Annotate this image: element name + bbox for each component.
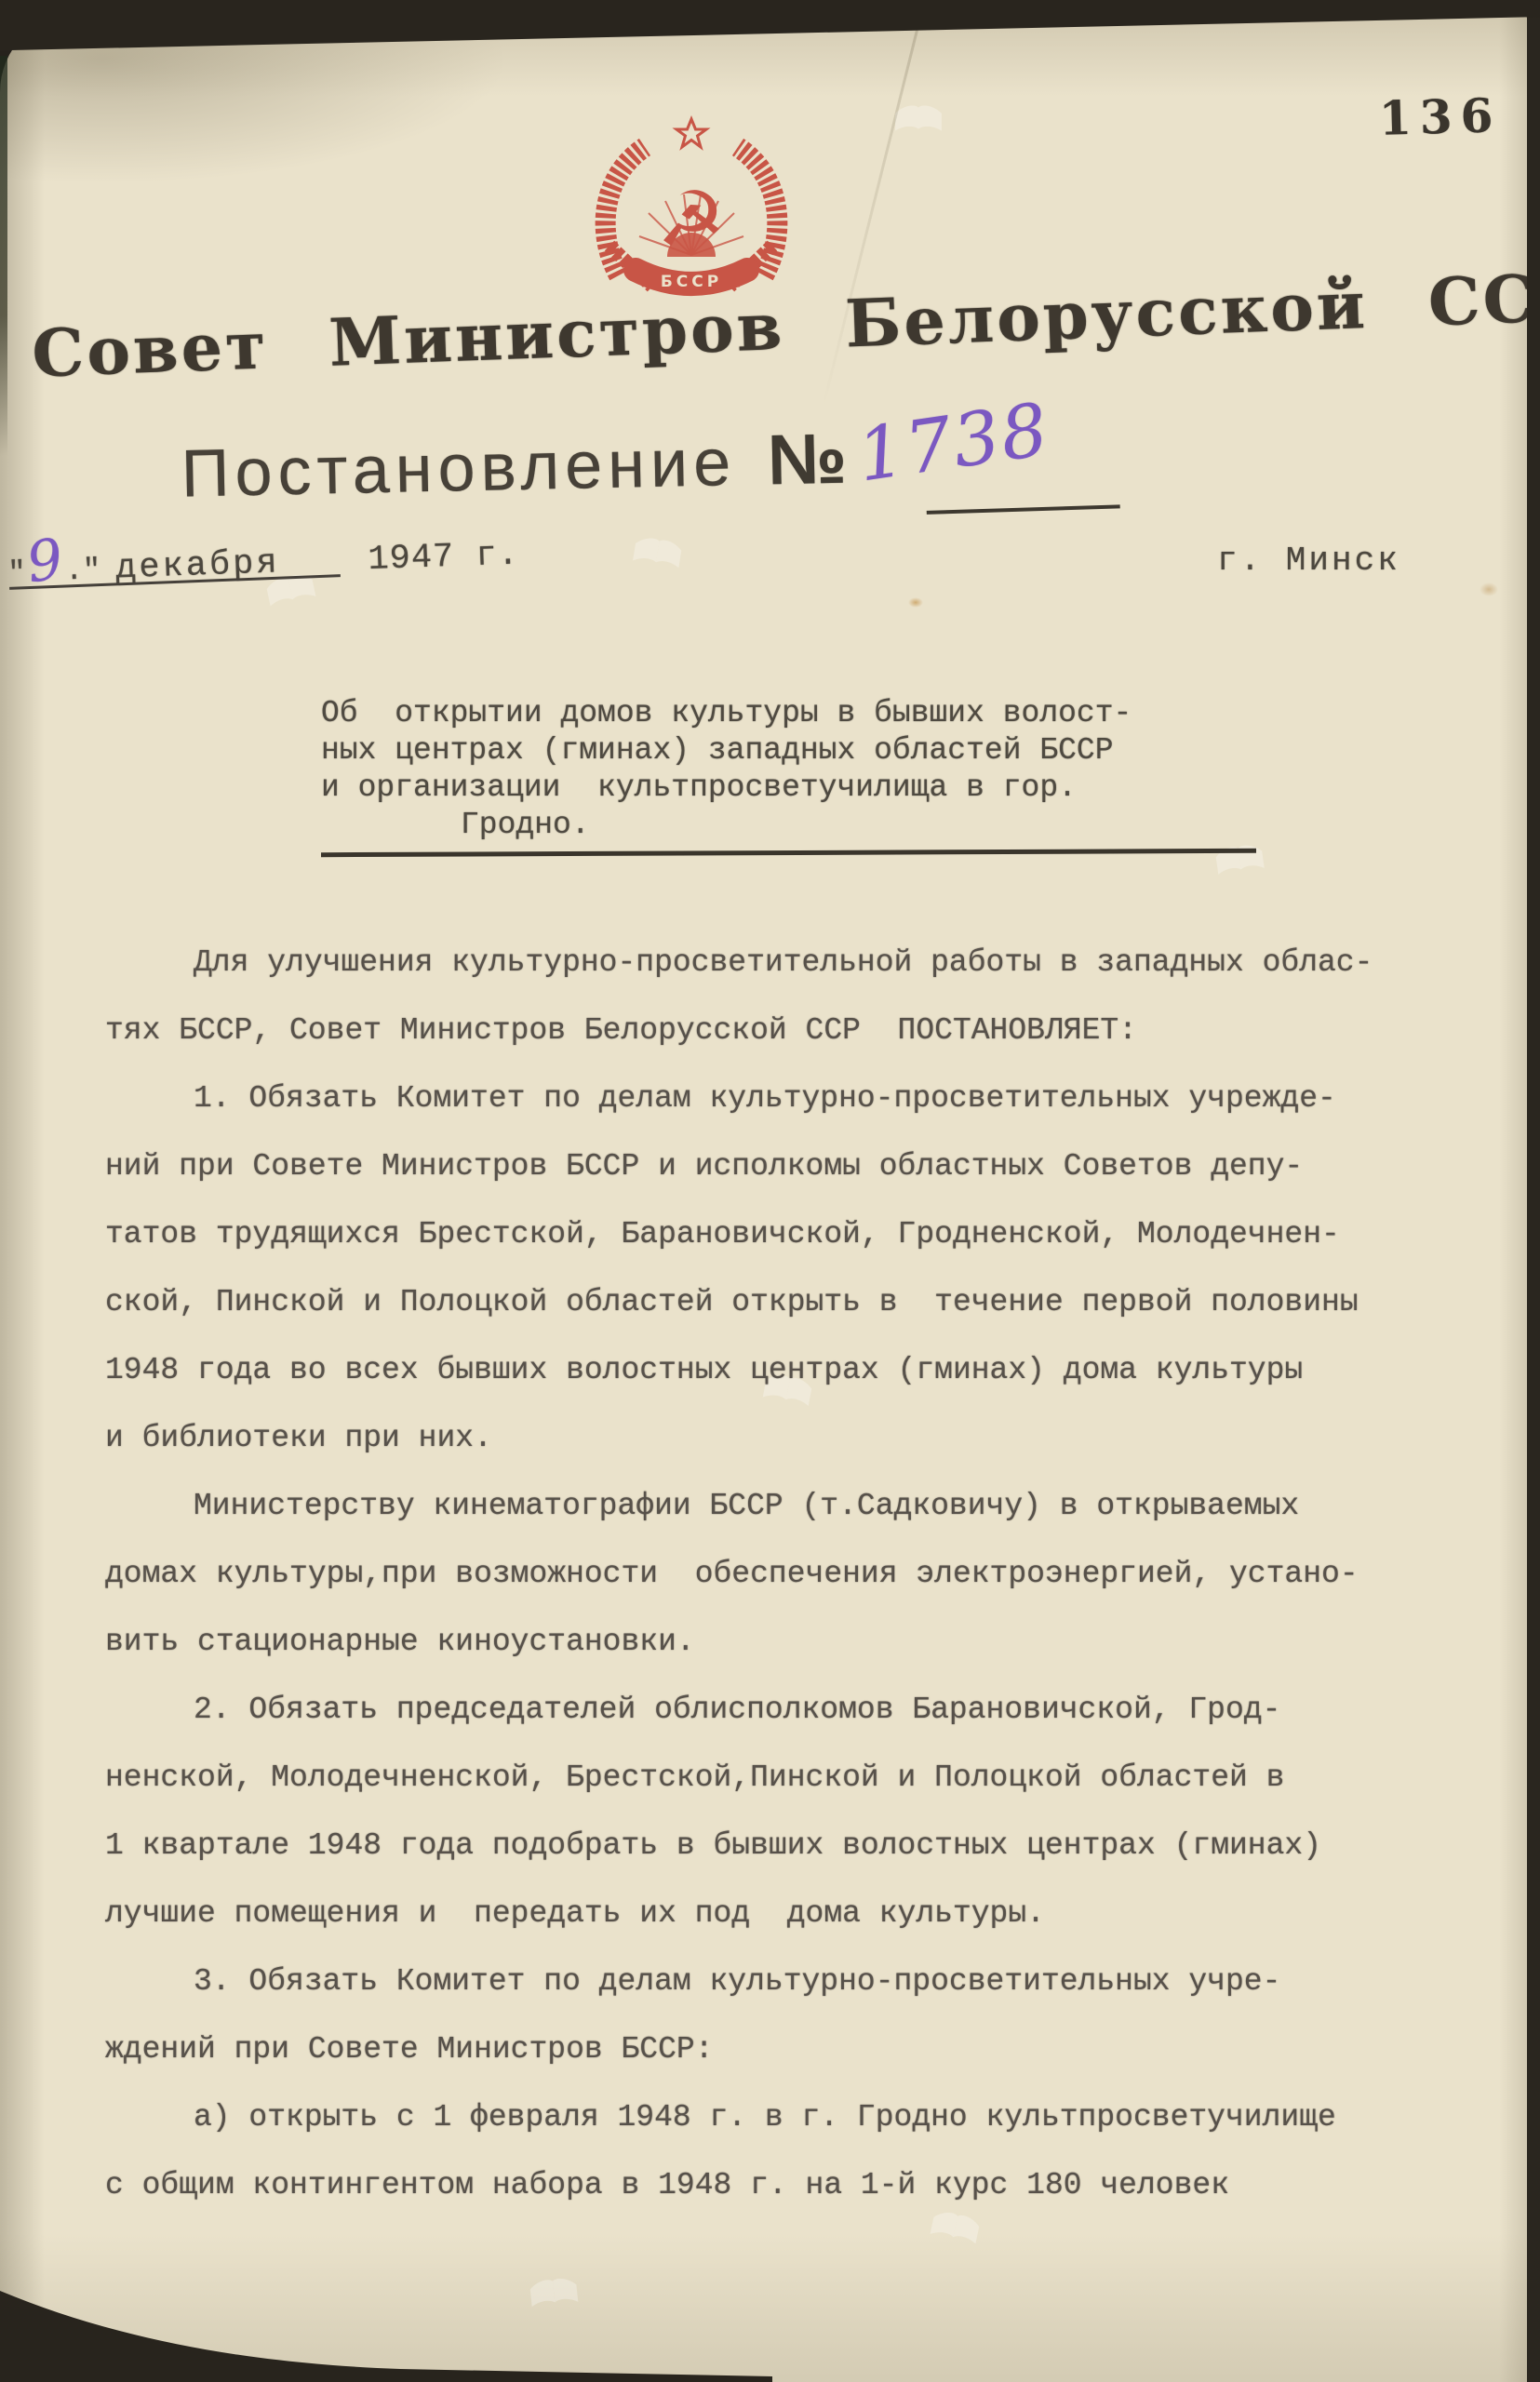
hammer-sickle-icon: ☭ (657, 176, 726, 264)
date-group: "9."декабря1947 г. (7, 512, 520, 595)
number-sign: № (767, 420, 847, 501)
date-gap (280, 569, 368, 571)
open-quote: " (7, 555, 26, 591)
body-line: 1 квартале 1948 года подобрать в бывших … (105, 1812, 1445, 1880)
number-underline (927, 504, 1120, 515)
body-line: ний при Совете Министров БССР и исполком… (105, 1132, 1445, 1200)
wreath-left (606, 147, 645, 275)
body-line: с общим контингентом набора в 1948 г. на… (105, 2151, 1445, 2219)
body-line: Для улучшения культурно-просветительной … (105, 929, 1445, 997)
bssr-coat-of-arms: ☭ БССР (582, 115, 800, 301)
body-line: 2. Обязать председателей облисполкомов Б… (105, 1676, 1445, 1744)
paper-sheet: 136 ☭ БССР Совет Министров Белорусско (0, 13, 1527, 2382)
body-line: 3. Обязать Комитет по делам культурно-пр… (105, 1947, 1445, 2015)
city: г. Минск (1217, 542, 1400, 580)
body-line: 1. Обязать Комитет по делам культурно-пр… (105, 1064, 1445, 1132)
wreath-right (738, 147, 777, 275)
body-line: а) открыть с 1 февраля 1948 г. в г. Грод… (105, 2083, 1445, 2151)
body-line: ской, Пинской и Полоцкой областей открыт… (105, 1268, 1445, 1336)
year: 1947 г. (368, 535, 520, 580)
decree-body: Для улучшения культурно-просветительной … (105, 929, 1445, 2219)
body-line: и библиотеки при них. (105, 1404, 1445, 1472)
page-edge-left (0, 56, 7, 456)
decree-number-handwritten: 1738 (852, 388, 1054, 499)
document-scan: 136 ☭ БССР Совет Министров Белорусско (0, 0, 1540, 2382)
body-line: Министерству кинематографии БССР (т.Садк… (105, 1472, 1445, 1540)
body-line: вить стационарные киноустановки. (105, 1608, 1445, 1676)
body-line: тях БССР, Совет Министров Белорусской СС… (105, 997, 1445, 1064)
body-line: 1948 года во всех бывших волостных центр… (105, 1336, 1445, 1404)
body-line: домах культуры,при возможности обеспечен… (105, 1540, 1445, 1608)
scan-edge-right (1527, 0, 1540, 2382)
star-icon (676, 119, 706, 147)
page-bottom-tear (0, 2270, 837, 2382)
subject-line: Об открытии домов культуры в бывших воло… (321, 695, 1263, 732)
subject-line: и организации культпросветучилища в гор. (321, 769, 1263, 807)
decree-label: Постановление (181, 425, 737, 511)
watermark-book-icon (893, 99, 944, 136)
subject-line: ных центрах (гминах) западных областей Б… (321, 732, 1263, 769)
subject-line: Гродно. (321, 807, 1263, 844)
body-line: ждений при Совете Министров БССР: (105, 2015, 1445, 2083)
body-line: ненской, Молодечненской, Брестской,Пинск… (105, 1744, 1445, 1812)
subject-block: Об открытии домов культуры в бывших воло… (321, 695, 1263, 855)
dateline: "9."декабря1947 г. г. Минск (7, 521, 1524, 609)
body-line: татов трудящихся Брестской, Барановичско… (105, 1200, 1445, 1268)
page-number: 136 (1378, 87, 1502, 145)
body-line: лучшие помещения и передать их под дома … (105, 1880, 1445, 1947)
ribbon-text: БССР (661, 273, 722, 291)
subject-underline (321, 849, 1256, 857)
